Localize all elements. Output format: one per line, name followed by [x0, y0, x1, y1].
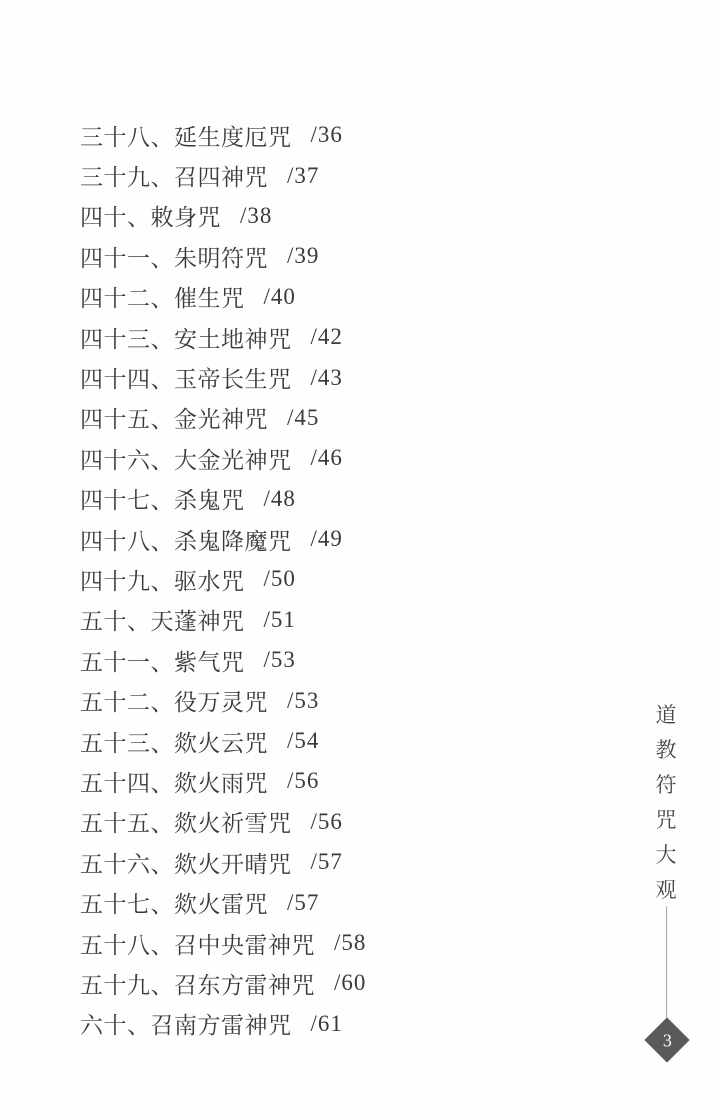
page-number-badge: 3	[644, 1017, 689, 1062]
toc-item-title: 五十八、召中央雷神咒	[80, 927, 315, 960]
toc-item: 三十八、延生度厄咒 /36	[80, 115, 366, 155]
toc-item: 六十、召南方雷神咒 /61	[80, 1004, 366, 1044]
sidebar-book-title: 道 教 符 咒 大 观	[644, 704, 688, 901]
toc-item-page: /36	[311, 122, 343, 148]
toc-item-page: /50	[264, 566, 296, 592]
toc-item-title: 四十三、安土地神咒	[80, 321, 292, 354]
book-title-char: 教	[656, 739, 677, 761]
toc-item: 五十六、欻火开晴咒 /57	[80, 842, 366, 882]
toc-item-title: 五十五、欻火祈雪咒	[80, 805, 292, 838]
toc-item-title: 六十、召南方雷神咒	[80, 1007, 292, 1040]
toc-item-title: 四十六、大金光神咒	[80, 442, 292, 475]
toc-item: 四十四、玉帝长生咒 /43	[80, 357, 366, 397]
toc-item-page: /61	[311, 1011, 343, 1037]
toc-item-title: 四十二、催生咒	[80, 280, 245, 313]
toc-item-title: 三十八、延生度厄咒	[80, 119, 292, 152]
toc-item-page: /39	[287, 243, 319, 269]
toc-item-title: 四十、敕身咒	[80, 199, 221, 232]
toc-item-page: /40	[264, 284, 296, 310]
sidebar-rule	[666, 906, 667, 1018]
toc-item: 三十九、召四神咒 /37	[80, 155, 366, 195]
toc-item-page: /57	[287, 890, 319, 916]
toc-item-title: 四十八、杀鬼降魔咒	[80, 523, 292, 556]
toc-item-page: /48	[264, 486, 296, 512]
toc-item: 四十、敕身咒 /38	[80, 196, 366, 236]
toc-item: 五十八、召中央雷神咒 /58	[80, 923, 366, 963]
toc-item: 五十三、欻火云咒 /54	[80, 721, 366, 761]
toc-item: 四十八、杀鬼降魔咒 /49	[80, 519, 366, 559]
toc-item-title: 五十四、欻火雨咒	[80, 765, 268, 798]
toc-item: 五十四、欻火雨咒 /56	[80, 761, 366, 801]
toc-item: 五十九、召东方雷神咒 /60	[80, 963, 366, 1003]
toc-item: 五十一、紫气咒 /53	[80, 640, 366, 680]
toc-item-page: /53	[264, 647, 296, 673]
toc-item-title: 四十一、朱明符咒	[80, 240, 268, 273]
toc-item: 四十二、催生咒 /40	[80, 277, 366, 317]
toc-item-page: /46	[311, 445, 343, 471]
toc-list: 三十八、延生度厄咒 /36 三十九、召四神咒 /37 四十、敕身咒 /38 四十…	[80, 115, 366, 1044]
toc-item-page: /56	[311, 809, 343, 835]
book-title-char: 观	[656, 879, 677, 901]
toc-item: 四十一、朱明符咒 /39	[80, 236, 366, 276]
toc-item-title: 五十、天蓬神咒	[80, 603, 245, 636]
toc-item: 五十二、役万灵咒 /53	[80, 680, 366, 720]
toc-item: 五十五、欻火祈雪咒 /56	[80, 802, 366, 842]
toc-item-title: 四十九、驱水咒	[80, 563, 245, 596]
toc-item-title: 五十六、欻火开晴咒	[80, 846, 292, 879]
scanned-page: 三十八、延生度厄咒 /36 三十九、召四神咒 /37 四十、敕身咒 /38 四十…	[0, 0, 720, 1117]
toc-item-page: /60	[334, 970, 366, 996]
book-title-char: 符	[656, 774, 677, 796]
toc-item: 四十六、大金光神咒 /46	[80, 438, 366, 478]
toc-item-page: /42	[311, 324, 343, 350]
toc-item-title: 五十三、欻火云咒	[80, 725, 268, 758]
toc-item-page: /57	[311, 849, 343, 875]
toc-item: 五十七、欻火雷咒 /57	[80, 882, 366, 922]
book-title-char: 大	[656, 844, 677, 866]
toc-item-title: 四十五、金光神咒	[80, 401, 268, 434]
toc-item-page: /56	[287, 768, 319, 794]
toc-item-page: /37	[287, 163, 319, 189]
book-title-char: 道	[656, 704, 677, 726]
toc-item: 四十五、金光神咒 /45	[80, 398, 366, 438]
toc-item-title: 三十九、召四神咒	[80, 159, 268, 192]
toc-item-title: 五十一、紫气咒	[80, 644, 245, 677]
toc-item-page: /54	[287, 728, 319, 754]
toc-item-title: 四十七、杀鬼咒	[80, 482, 245, 515]
toc-item: 四十七、杀鬼咒 /48	[80, 479, 366, 519]
toc-item: 四十九、驱水咒 /50	[80, 559, 366, 599]
toc-item-title: 四十四、玉帝长生咒	[80, 361, 292, 394]
toc-item-page: /38	[240, 203, 272, 229]
toc-item-page: /51	[264, 607, 296, 633]
toc-item-title: 五十七、欻火雷咒	[80, 886, 268, 919]
toc-item: 四十三、安土地神咒 /42	[80, 317, 366, 357]
toc-item-page: /43	[311, 365, 343, 391]
toc-item-title: 五十二、役万灵咒	[80, 684, 268, 717]
toc-item-page: /49	[311, 526, 343, 552]
book-title-char: 咒	[656, 809, 677, 831]
toc-item-page: /53	[287, 688, 319, 714]
page-number: 3	[663, 1031, 672, 1049]
toc-item: 五十、天蓬神咒 /51	[80, 600, 366, 640]
toc-item-title: 五十九、召东方雷神咒	[80, 967, 315, 1000]
toc-item-page: /58	[334, 930, 366, 956]
toc-item-page: /45	[287, 405, 319, 431]
